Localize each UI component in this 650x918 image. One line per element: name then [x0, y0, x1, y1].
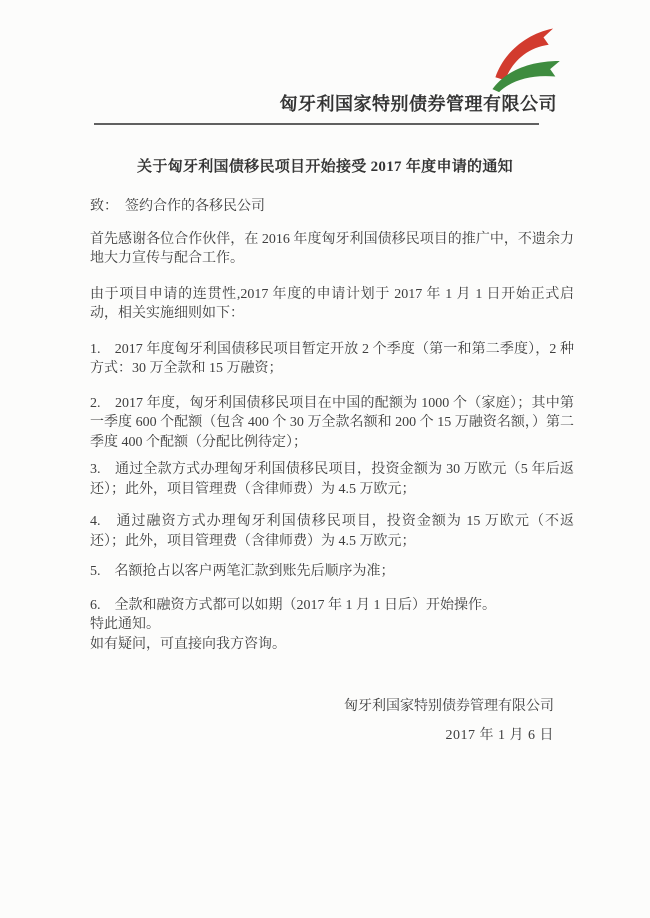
- list-item-4: 4. 通过融资方式办理匈牙利国债移民项目，投资金额为 15 万欧元（不返还）；此…: [90, 512, 574, 551]
- list-item-3: 3. 通过全款方式办理匈牙利国债移民项目，投资金额为 30 万欧元（5 年后返还…: [90, 460, 574, 499]
- notice-document-page: 匈牙利国家特别债券管理有限公司 关于匈牙利国债移民项目开始接受 2017 年度申…: [0, 0, 650, 918]
- signature-block: 匈牙利国家特别债券管理有限公司 2017 年 1 月 6 日: [344, 697, 554, 745]
- list-item-2: 2. 2017 年度，匈牙利国债移民项目在中国的配额为 1000 个（家庭）；其…: [90, 394, 574, 453]
- list-item-1: 1. 2017 年度匈牙利国债移民项目暂定开放 2 个季度（第一和第二季度），2…: [90, 340, 574, 379]
- signature-company: 匈牙利国家特别债券管理有限公司: [344, 697, 554, 716]
- signature-date: 2017 年 1 月 6 日: [344, 726, 554, 745]
- hungary-flag-logo-icon: [483, 24, 567, 98]
- document-title: 关于匈牙利国债移民项目开始接受 2017 年度申请的通知: [0, 155, 650, 176]
- intro-paragraph-thanks: 首先感谢各位合作伙伴，在 2016 年度匈牙利国债移民项目的推广中，不遗余力地大…: [90, 230, 574, 269]
- header-divider: [94, 123, 539, 125]
- letter-body: 致： 签约合作的各移民公司 首先感谢各位合作伙伴，在 2016 年度匈牙利国债移…: [90, 197, 574, 654]
- salutation-line: 致： 签约合作的各移民公司: [90, 197, 574, 217]
- list-item-6: 6. 全款和融资方式都可以如期（2017 年 1 月 1 日后）开始操作。: [90, 596, 574, 616]
- closing-notice-line: 特此通知。: [90, 615, 574, 635]
- header-company-name: 匈牙利国家特别债券管理有限公司: [280, 90, 558, 116]
- closing-contact-line: 如有疑问，可直接向我方咨询。: [90, 635, 574, 655]
- list-item-5: 5. 名额抢占以客户两笔汇款到账先后顺序为准；: [90, 562, 574, 582]
- intro-paragraph-launch: 由于项目申请的连贯性,2017 年度的申请计划于 2017 年 1 月 1 日开…: [90, 285, 574, 324]
